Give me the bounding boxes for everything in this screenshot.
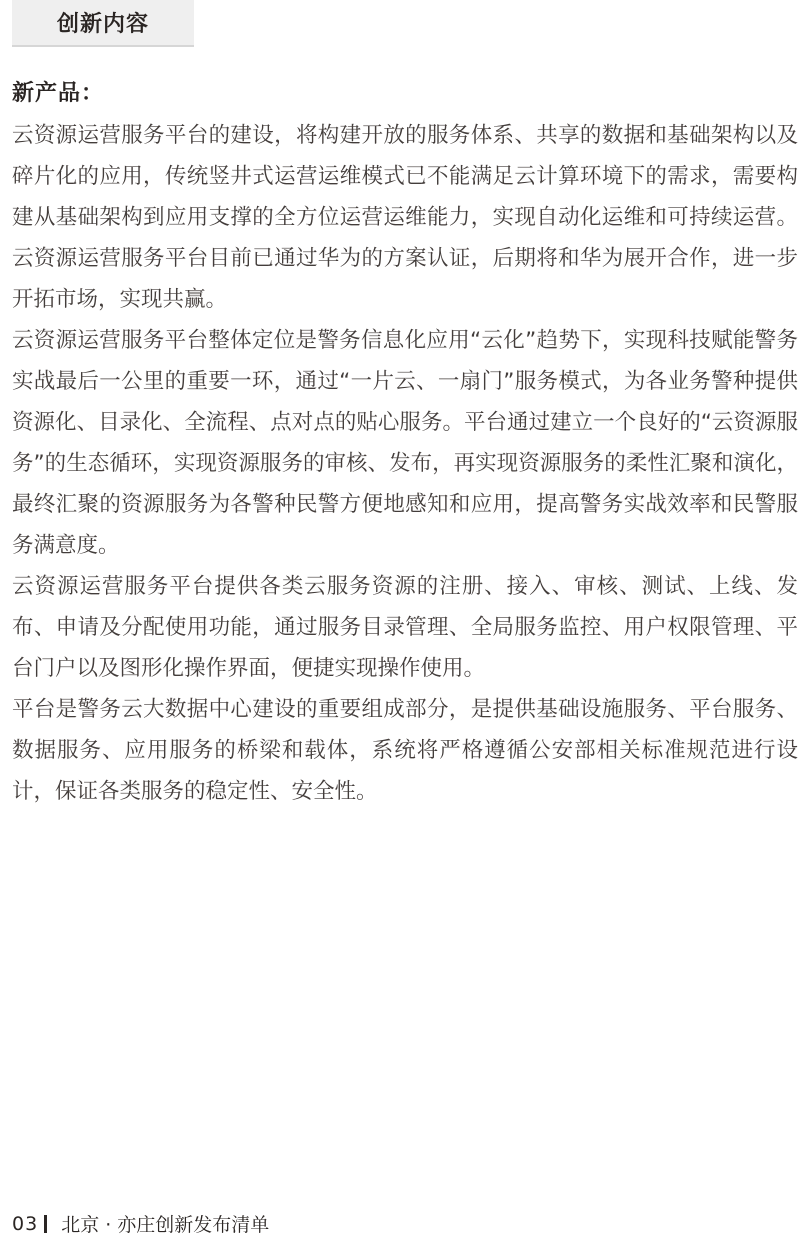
paragraph: 云资源运营服务平台的建设，将构建开放的服务体系、共享的数据和基础架构以及碎片化的…: [12, 115, 798, 320]
section-tab: 创新内容: [12, 0, 194, 47]
footer: 03 北京 · 亦庄创新发布清单: [12, 1210, 269, 1237]
subtitle: 新产品：: [12, 76, 104, 107]
paragraph: 云资源运营服务平台整体定位是警务信息化应用“云化”趋势下，实现科技赋能警务实战最…: [12, 320, 798, 566]
publication-title: 北京 · 亦庄创新发布清单: [61, 1210, 269, 1237]
body-text: 云资源运营服务平台的建设，将构建开放的服务体系、共享的数据和基础架构以及碎片化的…: [12, 115, 798, 812]
page-number: 03: [12, 1213, 38, 1235]
paragraph: 云资源运营服务平台提供各类云服务资源的注册、接入、审核、测试、上线、发布、申请及…: [12, 566, 798, 689]
divider-bar: [44, 1215, 47, 1233]
paragraph: 平台是警务云大数据中心建设的重要组成部分，是提供基础设施服务、平台服务、数据服务…: [12, 689, 798, 812]
